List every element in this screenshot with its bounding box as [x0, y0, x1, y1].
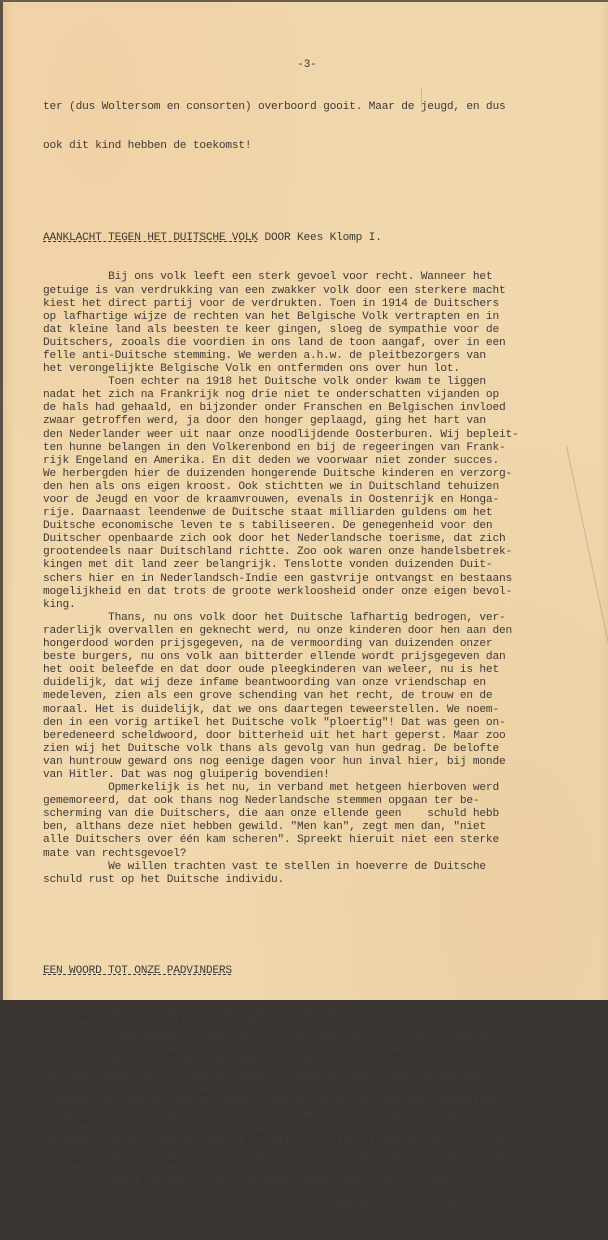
text-line: moraal. Het is duidelijk, dat we ons daa…	[43, 704, 598, 717]
text-line: king.	[43, 599, 598, 612]
text-line: dat kleine land als beesten te keer ging…	[43, 324, 598, 337]
text-line: We herbergden hier de duizenden hongeren…	[43, 468, 598, 481]
article-heading: AANKLACHT TEGEN HET DUITSCHE VOLK DOOR K…	[43, 232, 598, 245]
text-line: hongerdood worden prijsgegeven, na de ve…	[43, 638, 598, 651]
text-line: ten hunne belangen in den Volkerenbond e…	[43, 442, 598, 455]
page-number: -3-	[3, 59, 608, 71]
text-line: ter (dus Woltersom en consorten) overboo…	[43, 101, 598, 114]
text-line: nadat het zich na Frankrijk nog drie nie…	[43, 389, 598, 402]
text-line: van huntrouw geward ons nog eenige dagen…	[43, 756, 598, 769]
text-line: Duitschers, zooals die voordien in ons l…	[43, 337, 598, 350]
text-line: duidelijk, dat wij deze infame beantwoor…	[43, 677, 598, 690]
text-line: Opmerkelijk is het nu, in verband met he…	[43, 782, 598, 795]
document-page: -3- ter (dus Woltersom en consorten) ove…	[0, 0, 608, 1000]
spacer	[43, 180, 598, 193]
text-line: zien wij het Duitsche volk thans als gev…	[43, 743, 598, 756]
text-line: schuld rust op het Duitsche individu.	[43, 874, 598, 887]
text-line: Thans, nu ons volk door het Duitsche laf…	[43, 612, 598, 625]
text-line: beste burgers, nu ons volk aan bitterder…	[43, 651, 598, 664]
text-line: Duitscher openbaarde zich ook door het N…	[43, 533, 598, 546]
article-byline: DOOR Kees Klomp I.	[258, 232, 382, 244]
text-line: schers hier en in Nederlandsch-Indie een…	[43, 573, 598, 586]
text-line: zwaar getroffen werd, ja door den honger…	[43, 415, 598, 428]
article-body: Bij ons volk leeft een sterk gevoel voor…	[43, 271, 598, 886]
text-line: scherming van die Duitschers, die aan on…	[43, 808, 598, 821]
text-line: den in een vorig artikel het Duitsche vo…	[43, 717, 598, 730]
text-line: raderlijk overvallen en geknecht werd, n…	[43, 625, 598, 638]
text-line: ben, althans deze niet hebben gewild. "M…	[43, 821, 598, 834]
text-line: rijk Engeland en Amerika. En dit deden w…	[43, 455, 598, 468]
text-line: felle anti-Duitsche stemming. We werden …	[43, 350, 598, 363]
article-title: EEN WOORD TOT ONZE PADVINDERS	[43, 965, 232, 977]
text-line: kingen met dit land zeer belangrijk. Ten…	[43, 559, 598, 572]
text-line: beredeneerd scheldwoord, door bitterheid…	[43, 730, 598, 743]
text-line: kiest het direct partij voor de verdrukt…	[43, 298, 598, 311]
text-line: van Hitler. Dat was nog gluiperig bovend…	[43, 769, 598, 782]
text-line: mogelijkheid en dat trots de groote werk…	[43, 586, 598, 599]
text-line: rije. Daarnaast leendenwe de Duitsche st…	[43, 507, 598, 520]
article-title: AANKLACHT TEGEN HET DUITSCHE VOLK	[43, 232, 258, 244]
text-line: getuige is van verdrukking van een zwakk…	[43, 285, 598, 298]
text-line: Toen echter na 1918 het Duitsche volk on…	[43, 376, 598, 389]
text-line: We willen trachten vast te stellen in ho…	[43, 861, 598, 874]
text-line: Bij ons volk leeft een sterk gevoel voor…	[43, 271, 598, 284]
text-line: den hen als ons eigen kroost. Ook sticht…	[43, 481, 598, 494]
text-line: op lafhartige wijze de rechten van het B…	[43, 311, 598, 324]
text-line: Duitsche economische leven te s tabilise…	[43, 520, 598, 533]
spacer	[43, 926, 598, 939]
text-line: gememoreerd, dat ook thans nog Nederland…	[43, 795, 598, 808]
text-line: ook dit kind hebben de toekomst!	[43, 140, 598, 153]
text-line: medeleven, zien als een grove schending …	[43, 690, 598, 703]
text-line: alle Duitschers over één kam scheren". S…	[43, 834, 598, 847]
text-line: den Nederlander weer uit naar onze noodl…	[43, 429, 598, 442]
text-line: voor de Jeugd en voor de kraamvrouwen, e…	[43, 494, 598, 507]
text-line: het ooit beleefde en dat door oude pleeg…	[43, 664, 598, 677]
document-body: ter (dus Woltersom en consorten) overboo…	[43, 75, 598, 1000]
article-heading: EEN WOORD TOT ONZE PADVINDERS	[43, 965, 598, 978]
text-line: het verongelijkte Belgische Volk en ontf…	[43, 363, 598, 376]
text-line: mate van rechtsgevoel?	[43, 848, 598, 861]
text-line: de hals had gehaald, en bijzonder onder …	[43, 402, 598, 415]
text-line: grootendeels naar Duitschland richtte. Z…	[43, 546, 598, 559]
